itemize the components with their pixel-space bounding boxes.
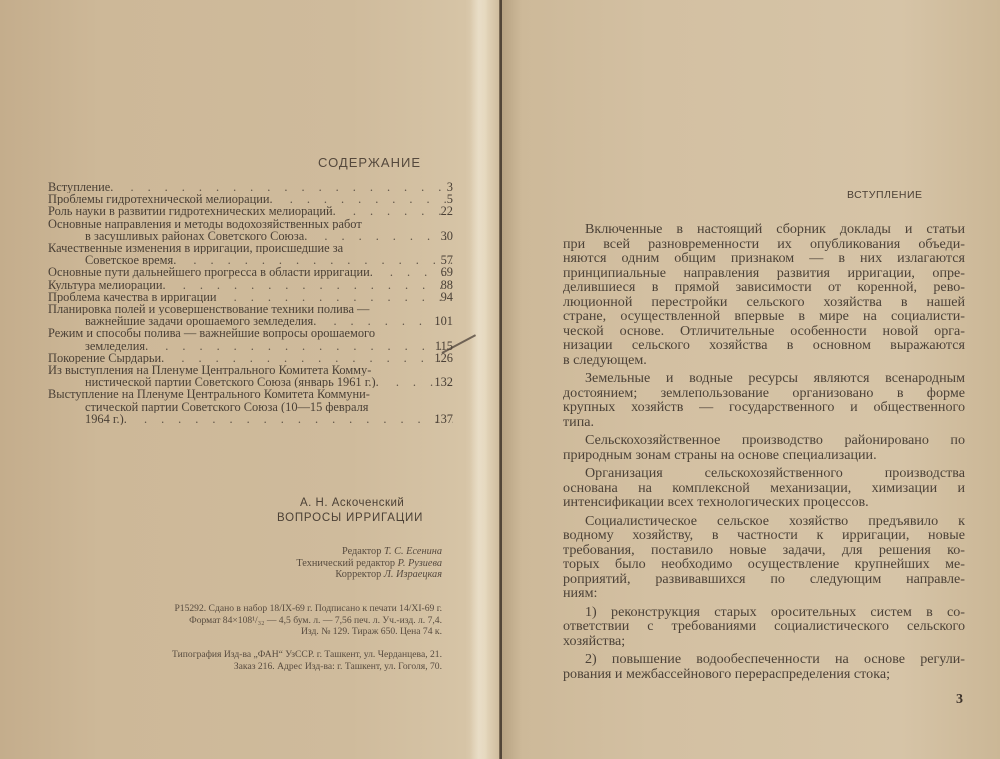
toc-entry: Из выступления на Пленуме Центрального К… [48, 364, 453, 388]
toc-entry: Планировка полей и усовершенствование те… [48, 303, 453, 327]
toc-entry-title: Роль науки в развитии гидротехнических м… [48, 205, 453, 217]
imprint-line: Р15292. Сдано в набор 18/IX-69 г. Подпис… [174, 603, 442, 615]
table-of-contents: Вступление. ............................… [48, 181, 453, 425]
toc-page-number: 94 [413, 291, 453, 303]
text-line: стране, осуществленной впервые в мире на… [563, 309, 965, 324]
toc-entry: Культура мелиорации. ...................… [48, 279, 453, 291]
page-crease [470, 0, 488, 759]
toc-entry: Основные направления и методы водохозяйс… [48, 218, 453, 242]
toc-entry-title: Проблемы гидротехнической мелиорации. ..… [48, 193, 453, 205]
toc-entry-title: стической партии Советского Союза (10—15… [48, 401, 453, 413]
text-line: водному хозяйству, в частности к ирригац… [563, 528, 965, 543]
toc-entry: Выступление на Пленуме Центрального Коми… [48, 388, 453, 425]
toc-entry: Проблема качества в ирригации ..........… [48, 291, 453, 303]
paragraph: Включенные в настоящий сборник доклады и… [563, 222, 965, 367]
toc-page-number: 137 [413, 413, 453, 425]
text-line: ческой основе. Отличительные особенности… [563, 324, 965, 339]
text-line: делившиеся в прямой зависимости от корен… [563, 280, 965, 295]
text-line: крупных хозяйств — государственного и об… [563, 400, 965, 415]
toc-entry-title: Покорение Сырдарьи. ....................… [48, 352, 453, 364]
text-line: торых было необходимо осуществление круп… [563, 557, 965, 572]
paragraph: Земельные и водные ресурсы являются всен… [563, 371, 965, 429]
toc-entry-title: Проблема качества в ирригации ..........… [48, 291, 453, 303]
credit-line-corrector: Корректор Л. Израецкая [296, 569, 442, 581]
dot-leader: ........................................ [164, 352, 453, 364]
toc-page-number: 126 [413, 352, 453, 364]
book-spread: СОДЕРЖАНИЕ Вступление. .................… [0, 0, 1000, 759]
toc-entry: Проблемы гидротехнической мелиорации. ..… [48, 193, 453, 205]
body-text: Включенные в настоящий сборник доклады и… [563, 222, 965, 681]
toc-page-number: 132 [413, 376, 453, 388]
toc-entry-title: земледелия. ............................… [48, 340, 453, 352]
text-line: ответствии с требованиями социалистическ… [563, 619, 965, 634]
toc-page-number: 22 [413, 205, 453, 217]
paragraph: Организация сельскохозяйственного произв… [563, 466, 965, 510]
toc-entry-title: Культура мелиорации. ...................… [48, 279, 453, 291]
text-line: типа. [563, 415, 965, 430]
toc-entry-title: важнейшие задачи орошаемого земледелия. … [48, 315, 453, 327]
text-line: Организация сельскохозяйственного произв… [563, 466, 965, 481]
toc-entry: Покорение Сырдарьи. ....................… [48, 352, 453, 364]
paragraph: 2) повышение водообеспеченности на основ… [563, 652, 965, 681]
dot-leader: ........................................ [113, 181, 453, 193]
toc-entry-title: Из выступления на Пленуме Центрального К… [48, 364, 453, 376]
dot-leader: ........................................ [166, 279, 453, 291]
text-line: Сельскохозяйственное производство райони… [563, 433, 965, 448]
book-author: А. Н. Аскоченский [300, 497, 404, 509]
toc-entry: Вступление. ............................… [48, 181, 453, 193]
toc-entry-title: Вступление. ............................… [48, 181, 453, 193]
printer-info: Типография Изд-ва „ФАН“ УзССР. г. Ташкен… [172, 649, 442, 672]
text-line: требования, поставило новые задачи, для … [563, 543, 965, 558]
toc-page-number: 88 [413, 279, 453, 291]
toc-entry-title: Качественные изменения в ирригации, прои… [48, 242, 453, 254]
paragraph: Сельскохозяйственное производство райони… [563, 433, 965, 462]
text-line: 1) реконструкция старых оросительных сис… [563, 605, 965, 620]
text-line: Социалистическое сельское хозяйство пред… [563, 514, 965, 529]
toc-entry-title: Планировка полей и усовершенствование те… [48, 303, 453, 315]
imprint-line: Изд. № 129. Тираж 650. Цена 74 к. [174, 626, 442, 638]
text-line: ниям: [563, 586, 965, 601]
right-page: ВСТУПЛЕНИЕ Включенные в настоящий сборни… [502, 0, 1000, 759]
toc-entry-title: Основные направления и методы водохозяйс… [48, 218, 453, 230]
toc-entry-title: Выступление на Пленуме Центрального Коми… [48, 388, 453, 400]
text-line: в следующем. [563, 353, 965, 368]
text-line: 2) повышение водообеспеченности на основ… [563, 652, 965, 667]
text-line: рования и межбассейнового перераспределе… [563, 667, 965, 682]
text-line: няются одним общим признаком — в них изл… [563, 251, 965, 266]
toc-page-number: 30 [413, 230, 453, 242]
toc-title: СОДЕРЖАНИЕ [318, 155, 421, 170]
toc-page-number: 101 [413, 315, 453, 327]
toc-page-number: 69 [413, 266, 453, 278]
toc-entry: Качественные изменения в ирригации, прои… [48, 242, 453, 266]
text-line: Земельные и водные ресурсы являются всен… [563, 371, 965, 386]
toc-entry-title: Основные пути дальнейшего прогресса в об… [48, 266, 453, 278]
text-line: природным зонам страны на основе специал… [563, 448, 965, 463]
toc-entry-title: в засушливых районах Советского Союза. .… [48, 230, 453, 242]
text-line: люционной перестройки сельского хозяйств… [563, 295, 965, 310]
left-page: СОДЕРЖАНИЕ Вступление. .................… [0, 0, 500, 759]
dot-leader: ........................................ [176, 254, 453, 266]
toc-entry: Роль науки в развитии гидротехнических м… [48, 205, 453, 217]
dot-leader: ........................................ [127, 413, 453, 425]
credits: Редактор Т. С. Есенина Технический редак… [296, 546, 442, 581]
toc-entry-title: Советское время. .......................… [48, 254, 453, 266]
text-line: при всей разновременности их опубликован… [563, 237, 965, 252]
page-number: 3 [956, 692, 963, 708]
text-line: основана на комплексной механизации, хим… [563, 481, 965, 496]
imprint-line: Формат 84×108¹/₃₂ — 4,5 бум. л. — 7,56 п… [174, 615, 442, 627]
toc-entry-title: 1964 г.). ..............................… [48, 413, 453, 425]
text-line: Включенные в настоящий сборник доклады и… [563, 222, 965, 237]
paragraph: 1) реконструкция старых оросительных сис… [563, 605, 965, 649]
dot-leader: ........................................ [148, 340, 453, 352]
book-title: ВОПРОСЫ ИРРИГАЦИИ [277, 512, 423, 524]
paragraph: Социалистическое сельское хозяйство пред… [563, 514, 965, 601]
text-line: принципиальные направления развития ирри… [563, 266, 965, 281]
printer-line: Типография Изд-ва „ФАН“ УзССР. г. Ташкен… [172, 649, 442, 661]
text-line: достоянием; землепользование организован… [563, 386, 965, 401]
toc-entry: Основные пути дальнейшего прогресса в об… [48, 266, 453, 278]
imprint: Р15292. Сдано в набор 18/IX-69 г. Подпис… [174, 603, 442, 638]
printer-line: Заказ 216. Адрес Изд-ва: г. Ташкент, ул.… [172, 661, 442, 673]
toc-entry: Режим и способы полива — важнейшие вопро… [48, 327, 453, 351]
toc-entry-title: нистической партии Советского Союза (янв… [48, 376, 453, 388]
toc-entry-title: Режим и способы полива — важнейшие вопро… [48, 327, 453, 339]
chapter-heading: ВСТУПЛЕНИЕ [847, 189, 923, 201]
credit-line-tech-editor: Технический редактор Р. Рузиева [296, 558, 442, 570]
text-line: хозяйства; [563, 634, 965, 649]
credit-line-editor: Редактор Т. С. Есенина [296, 546, 442, 558]
text-line: интенсификации всех технологических проц… [563, 495, 965, 510]
text-line: низации сельского хозяйства в основном в… [563, 338, 965, 353]
text-line: роприятий, развивавшихся по следующим на… [563, 572, 965, 587]
